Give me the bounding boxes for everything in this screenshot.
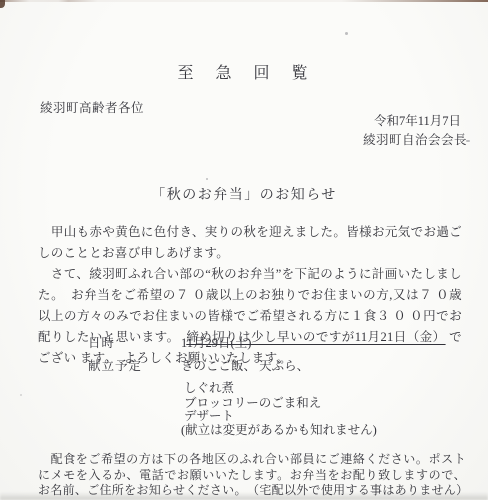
menu-note-line: (献立は変更があるかも知れません) (181, 420, 377, 438)
notice-title: 「秋のお弁当」のお知らせ (0, 184, 488, 204)
contact-paragraph: 配食をご希望の方は下の各地区のふれ合い部員にご連絡ください。ポスト にメモを入る… (38, 452, 466, 499)
scan-corner-mark (0, 0, 5, 8)
recipient-line: 綾羽町高齢者各位 (40, 98, 144, 116)
plan-paragraph: さて、綾羽町ふれ合い部の“秋のお弁当”を下記のように計画いたしました。 お弁当を… (38, 264, 462, 369)
greeting-paragraph: 甲山も赤や黄色に色付き、実りの秋を迎えました。皆様お元気でお過ごしのこととお喜び… (38, 222, 462, 264)
scan-speck (345, 32, 348, 35)
circular-header-title: 至 急 回 覧 (0, 60, 488, 83)
issue-date: 令和7年11月7日 (374, 111, 461, 129)
menu-first-line: きのこご飯、 天ぷら、 (181, 356, 309, 374)
scan-speck (20, 394, 22, 396)
issuer-line: 綾羽町自治会会長 (363, 130, 467, 148)
scan-edge-top (0, 0, 488, 2)
scan-speck (206, 178, 208, 180)
schedule-date-label: 日時 (88, 333, 115, 351)
schedule-date-value: 11月29日(土) (181, 333, 251, 351)
menu-label: 献立予定 (88, 356, 142, 374)
